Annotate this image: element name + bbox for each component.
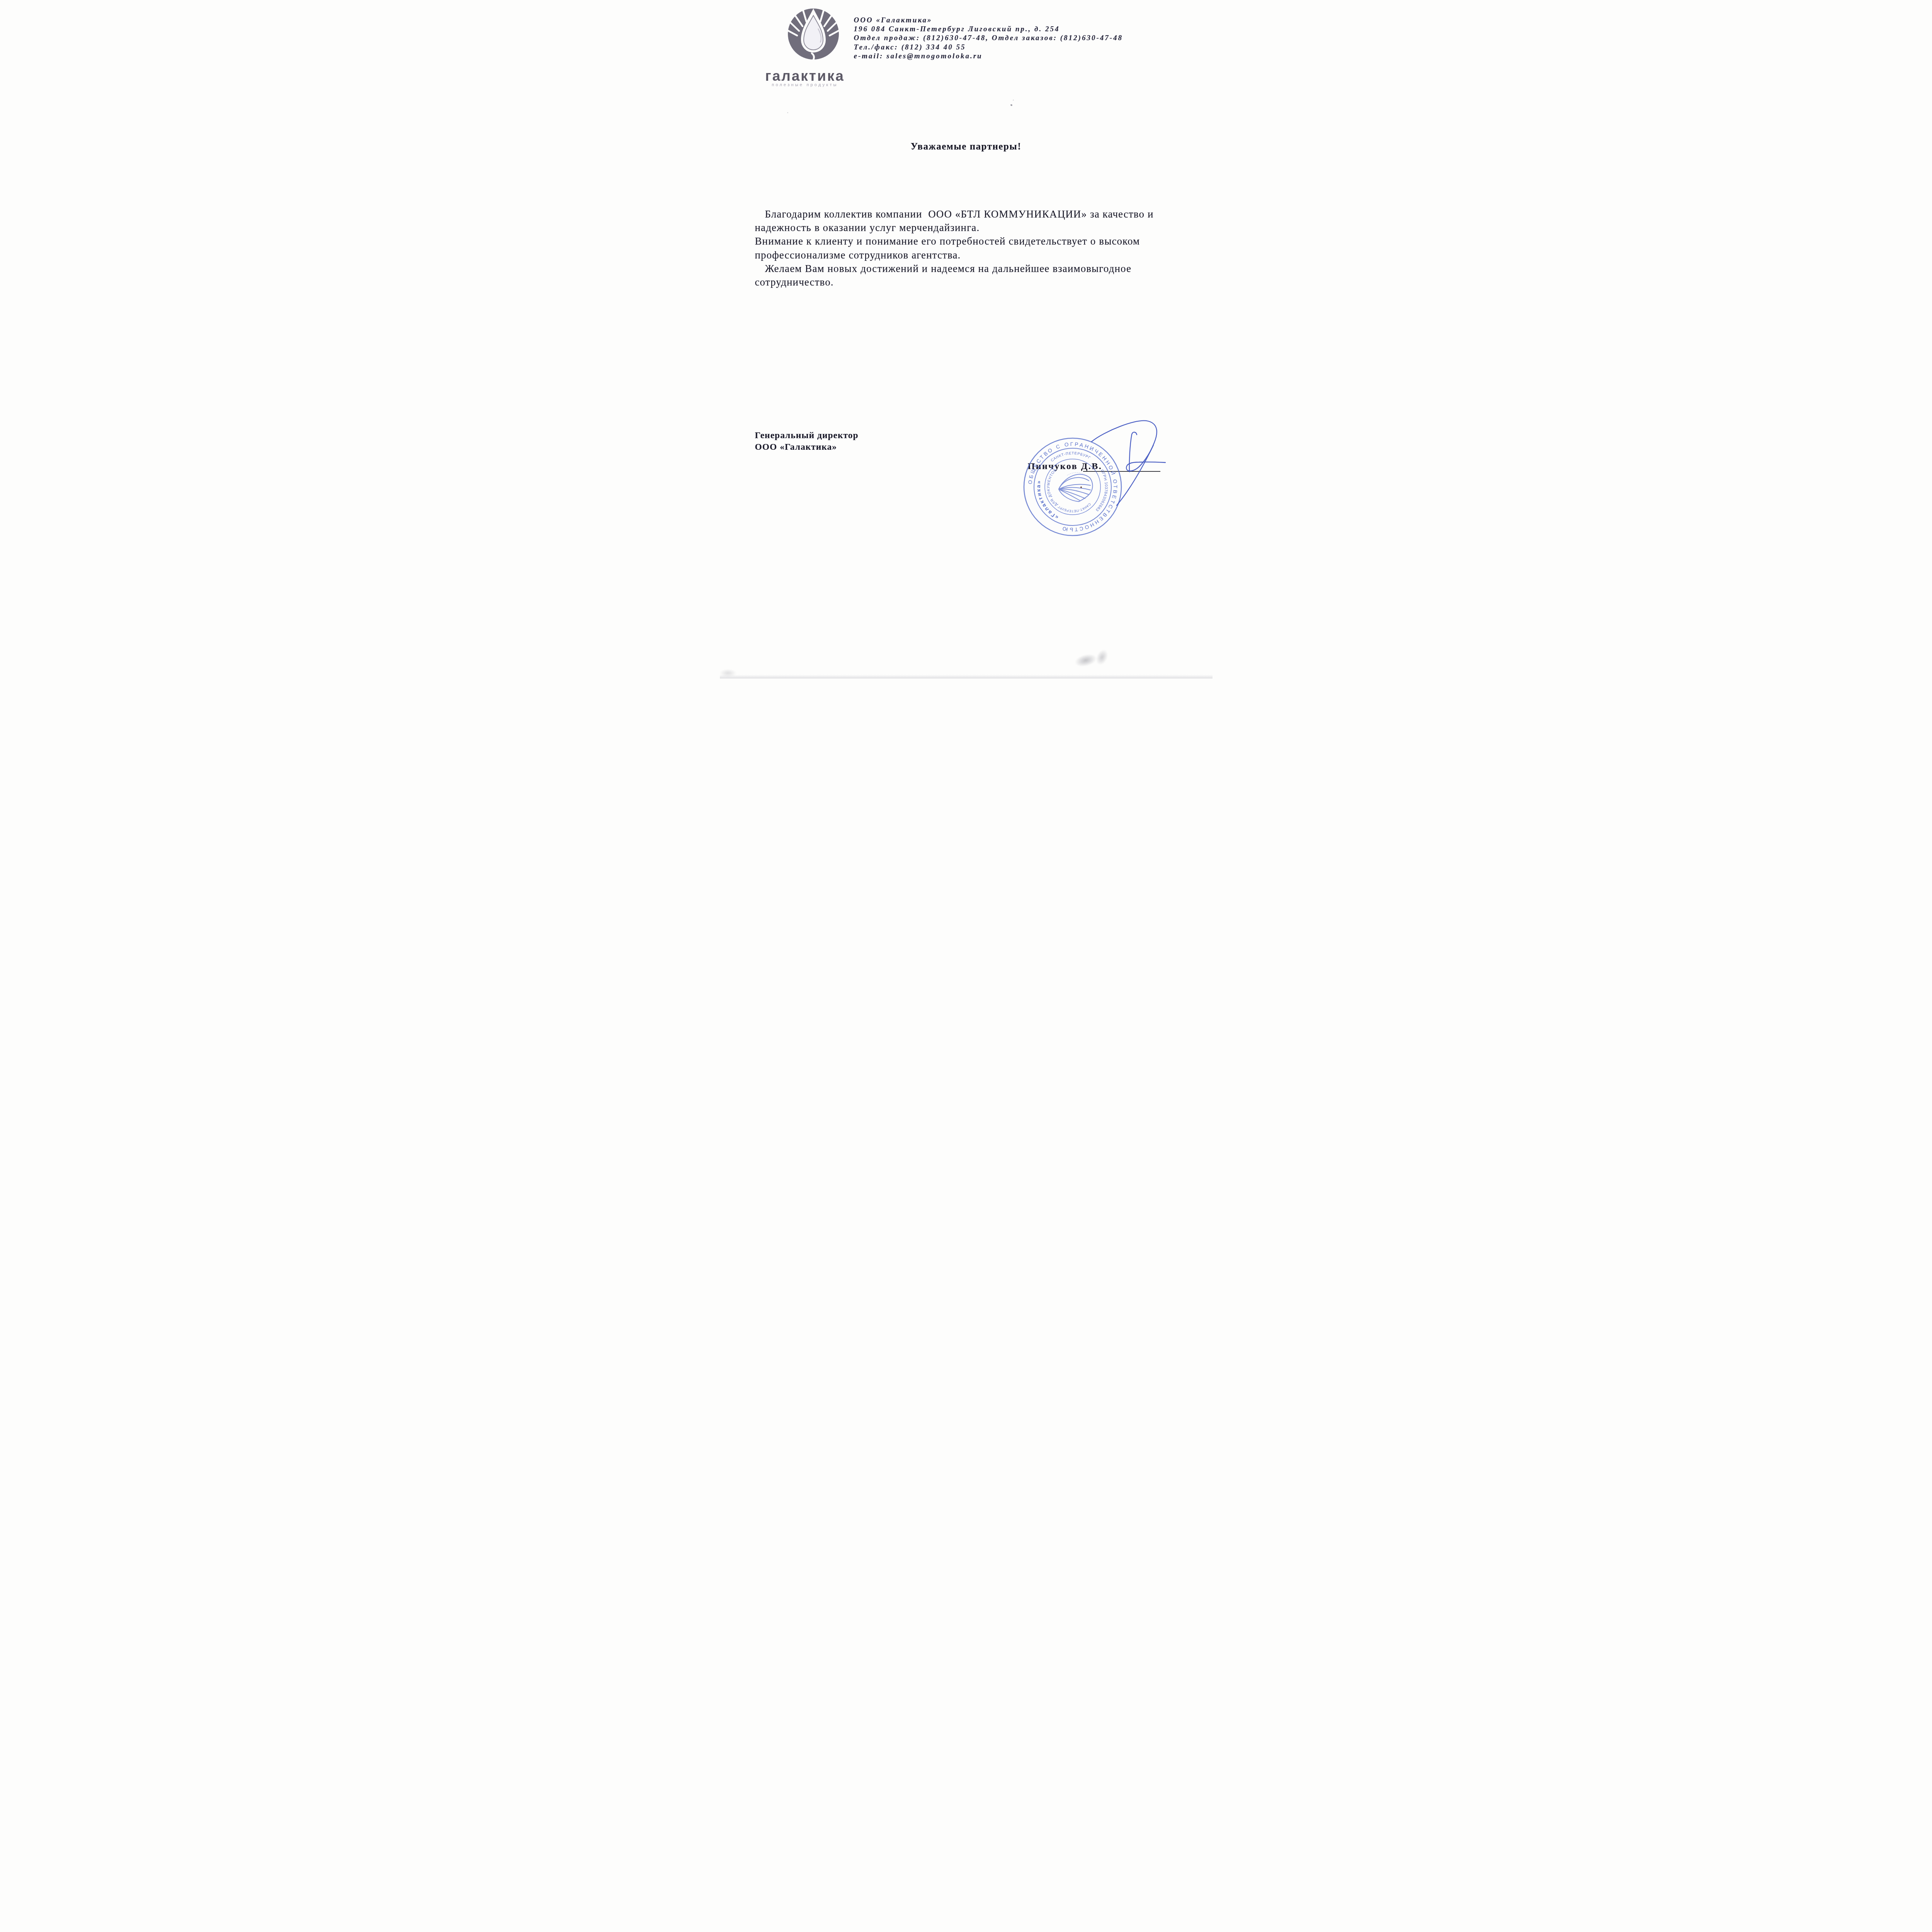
signoff-company: ООО «Галактика» bbox=[755, 441, 859, 453]
phones-line: Отдел продаж: (812)630-47-48, Отдел зака… bbox=[854, 34, 1123, 43]
body-line: Внимание к клиенту и понимание его потре… bbox=[755, 235, 1176, 248]
scan-smudge bbox=[720, 669, 736, 677]
scanned-letter-page: галактика полезные продукты ООО «Галакти… bbox=[720, 0, 1213, 679]
scan-speck bbox=[787, 112, 788, 113]
letter-body: Благодарим коллектив компании ООО «БТЛ К… bbox=[755, 207, 1176, 289]
body-line: надежность в оказании услуг мерчендайзин… bbox=[755, 221, 1176, 235]
address-line: 196 084 Санкт-Петербург Лиговский пр., д… bbox=[854, 25, 1123, 34]
stamp-company-text: «Галактика» bbox=[1035, 479, 1059, 520]
drop-in-hands-icon bbox=[781, 6, 846, 65]
company-name: ООО «Галактика» bbox=[854, 16, 1123, 25]
letterhead-text: ООО «Галактика» 196 084 Санкт-Петербург … bbox=[854, 16, 1123, 61]
scan-speck bbox=[1080, 486, 1082, 488]
handwritten-signature bbox=[1068, 410, 1184, 518]
signoff-role: Генеральный директор bbox=[755, 430, 859, 441]
scan-smudge bbox=[1094, 648, 1110, 667]
salutation-title: Уважаемые партнеры! bbox=[720, 141, 1213, 152]
logo-wordmark: галактика bbox=[760, 68, 850, 84]
body-line: сотрудничество. bbox=[755, 276, 1176, 289]
telfax-line: Тел./факс: (812) 334 40 55 bbox=[854, 43, 1123, 52]
scan-speck bbox=[1010, 104, 1012, 106]
body-line: профессионализме сотрудников агентства. bbox=[755, 248, 1176, 262]
body-line: Благодарим коллектив компании ООО «БТЛ К… bbox=[755, 207, 1176, 221]
email-line: e-mail: sales@mnogomoloka.ru bbox=[854, 52, 1123, 61]
body-line: Желаем Вам новых достижений и надеемся н… bbox=[755, 262, 1176, 276]
logo-tagline: полезные продукты bbox=[760, 83, 850, 87]
signoff-block: Генеральный директор ООО «Галактика» bbox=[755, 430, 859, 453]
scan-speck bbox=[1013, 100, 1014, 100]
